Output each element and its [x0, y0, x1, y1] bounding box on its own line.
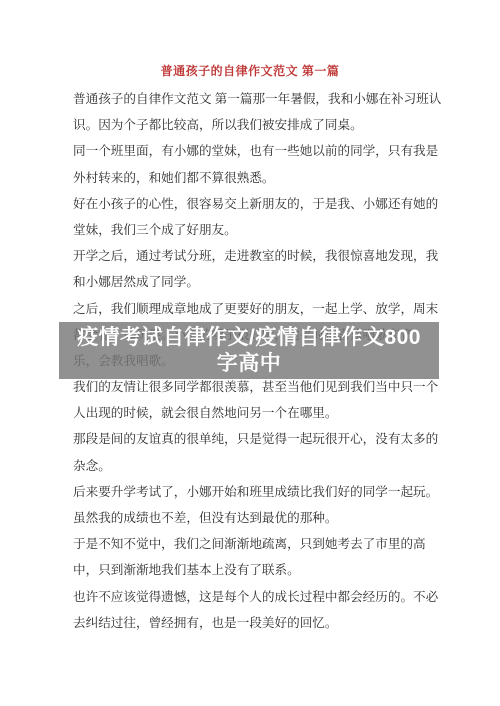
text-line: 好在小孩子的心性，很容易交上新朋友的，于是我、小娜还有她的	[73, 191, 439, 217]
text-line: 虽然我的成绩也不差，但没有达到最优的那种。	[73, 505, 439, 531]
text-line: 杂念。	[73, 453, 439, 479]
text-line: 和小娜居然成了同学。	[73, 269, 439, 295]
watermark-overlay-banner: 疫情考试自律作文/疫情自律作文800字高中	[59, 322, 439, 379]
text-line: 中，只到渐渐地我们基本上没有了联系。	[73, 557, 439, 583]
text-line: 人出现的时候，就会很自然地问另一个在哪里。	[73, 400, 439, 426]
page-title: 普通孩子的自律作文范文 第一篇	[0, 62, 500, 79]
text-line: 普通孩子的自律作文范文 第一篇那一年暑假，我和小娜在补习班认	[73, 86, 439, 112]
text-line: 堂妹，我们三个成了好朋友。	[73, 217, 439, 243]
watermark-overlay-text: 疫情考试自律作文/疫情自律作文800字高中	[67, 325, 431, 377]
text-line: 识。因为个子都比较高，所以我们被安排成了同桌。	[73, 112, 439, 138]
text-line: 之后，我们顺理成章地成了更要好的朋友，一起上学、放学，周末	[73, 296, 439, 322]
text-line: 同一个班里面，有小娜的堂妹，也有一些她以前的同学，只有我是	[73, 138, 439, 164]
text-line: 那段是间的友谊真的很单纯，只是觉得一起玩很开心，没有太多的	[73, 426, 439, 452]
article-page: { "page": { "background_color": "#ffffff…	[0, 0, 500, 706]
text-line: 后来要升学考试了，小娜开始和班里成绩比我们好的同学一起玩。	[73, 479, 439, 505]
text-line: 去纠结过往，曾经拥有，也是一段美好的回忆。	[73, 610, 439, 636]
text-line: 外村转来的，和她们都不算很熟悉。	[73, 165, 439, 191]
text-line: 也许不应该觉得遗憾，这是每个人的成长过程中都会经历的。不必	[73, 584, 439, 610]
text-line: 开学之后，通过考试分班，走进教室的时候，我很惊喜地发现，我	[73, 243, 439, 269]
text-line: 于是不知不觉中，我们之间渐渐地疏离，只到她考去了市里的高	[73, 531, 439, 557]
